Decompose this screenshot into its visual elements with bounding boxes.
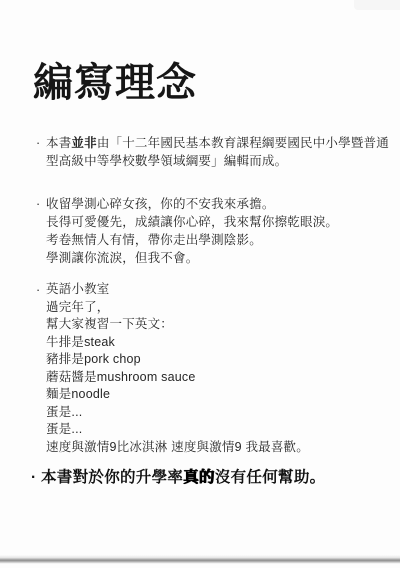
bullet-english-classroom: ·英語小教室過完年了，幫大家複習一下英文：牛排是steak豬排是pork cho…	[36, 281, 384, 456]
bullet-dot-icon: ·	[36, 195, 46, 267]
text-line: 麵是noodle	[46, 386, 384, 404]
text-line: 幫大家複習一下英文：	[46, 316, 384, 334]
text-line: 本書並非由「十二年國民基本教育課程綱要國民中小學暨普通	[46, 134, 389, 152]
bullet-dot-icon: ·	[36, 134, 46, 170]
bullet-text: 收留學測心碎女孩，你的不安我來承擔。長得可愛優先，成績讓你心碎，我來幫你擦乾眼淚…	[46, 195, 384, 267]
bullet-curriculum-disclaimer: ·本書並非由「十二年國民基本教育課程綱要國民中小學暨普通型高級中等學校數學領域綱…	[36, 134, 384, 170]
bullet-dot-icon: ·	[31, 468, 41, 488]
text-line: 豬排是pork chop	[46, 351, 384, 369]
text-line: 牛排是steak	[46, 334, 384, 352]
text-line: 考卷無情人有情，帶你走出學測陰影。	[46, 231, 384, 249]
text-line: 學測讓你流淚，但我不會。	[46, 249, 384, 267]
page-edge-shadow	[0, 555, 400, 564]
bullet-text: 英語小教室過完年了，幫大家複習一下英文：牛排是steak豬排是pork chop…	[46, 281, 384, 456]
text-line: 英語小教室	[46, 281, 384, 299]
text-line: 蛋是...	[46, 421, 384, 439]
text-line: 長得可愛優先，成績讓你心碎，我來幫你擦乾眼淚。	[46, 213, 384, 231]
text-line: 型高級中等學校數學領域綱要」編輯而成。	[46, 152, 389, 170]
text-line: 本書對於你的升學率真的沒有任何幫助。	[41, 468, 384, 488]
bullet-dot-icon: ·	[36, 281, 46, 456]
text-line: 速度與激情9比冰淇淋 速度與激情9 我最喜歡。	[46, 439, 384, 457]
text-line: 過完年了，	[46, 299, 384, 317]
scanned-book-page: 編寫理念 ·本書並非由「十二年國民基本教育課程綱要國民中小學暨普通型高級中等學校…	[0, 0, 400, 568]
text-line: 收留學測心碎女孩，你的不安我來承擔。	[46, 195, 384, 213]
bullet-text: 本書並非由「十二年國民基本教育課程綱要國民中小學暨普通型高級中等學校數學領域綱要…	[46, 134, 389, 170]
scan-artifact-top-right	[354, 0, 400, 10]
bullet-final-disclaimer: ·本書對於你的升學率真的沒有任何幫助。	[31, 468, 384, 488]
bullet-text: 本書對於你的升學率真的沒有任何幫助。	[41, 468, 384, 488]
text-line: 蛋是...	[46, 404, 384, 422]
text-line: 蘑菇醬是mushroom sauce	[46, 369, 384, 387]
bullet-exam-comfort-poem: ·收留學測心碎女孩，你的不安我來承擔。長得可愛優先，成績讓你心碎，我來幫你擦乾眼…	[36, 195, 384, 267]
page-title: 編寫理念	[33, 59, 197, 107]
